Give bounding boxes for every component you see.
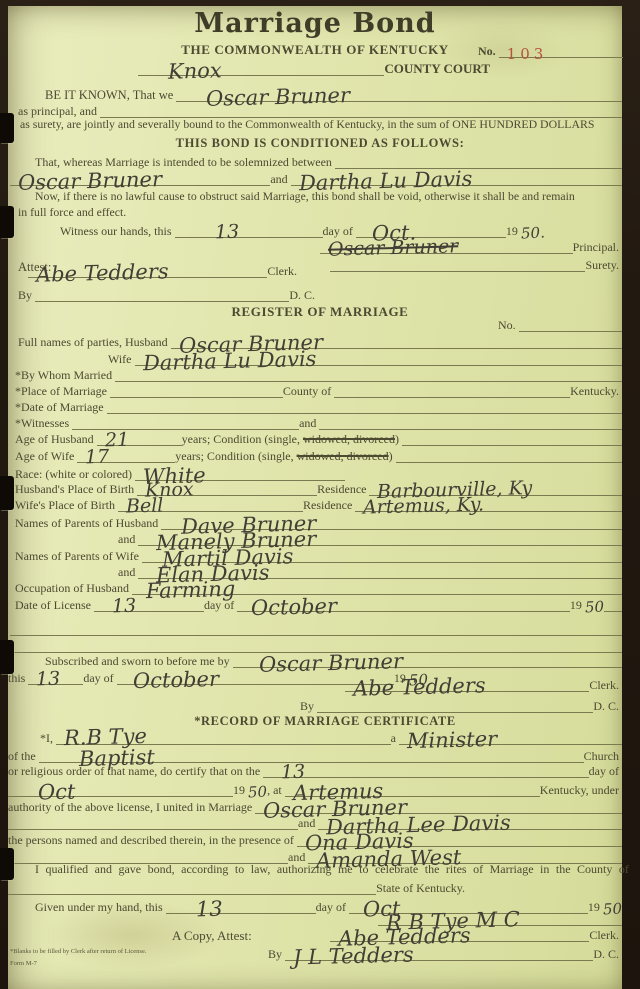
register-heading: REGISTER OF MARRIAGE — [170, 304, 470, 320]
form-line: Knox — [138, 57, 384, 76]
void-clause: Now, if there is no lawful cause to obst… — [35, 189, 575, 204]
form-number: Form M-7 — [10, 960, 37, 967]
form-line: 103 — [499, 41, 623, 58]
deputy-signature-handwritten: J L Tedders — [293, 944, 414, 968]
county-name-handwritten: Knox — [168, 60, 222, 82]
sworn-day-handwritten: 13 — [36, 670, 61, 690]
form-line: 13 — [28, 666, 83, 685]
form-line — [8, 811, 298, 830]
witness-hands-label: Witness our hands, this — [60, 225, 175, 238]
be-it-known-label: BE IT KNOWN, That we — [45, 89, 176, 103]
commonwealth-heading: THE COMMONWEALTH OF KENTUCKY — [150, 42, 480, 58]
clerk-signature-handwritten: Abe Tedders — [36, 261, 169, 285]
form-line: 13 — [175, 219, 323, 238]
document-title: Marriage Bond — [150, 8, 480, 39]
form-line: 13 — [166, 895, 316, 914]
form-line: Dartha Lu Davis — [135, 347, 622, 366]
copy-attest-label: A Copy, Attest: — [172, 928, 252, 944]
form-line: 13 — [263, 761, 588, 778]
wife-birth-label: Wife's Place of Birth — [15, 499, 118, 512]
form-line — [115, 365, 622, 382]
form-line: Oscar Bruner — [176, 83, 622, 102]
date-of-license-label: Date of License — [15, 599, 94, 612]
form-line — [8, 878, 376, 895]
form-line: 21 — [97, 429, 182, 446]
day-of-label: day of — [83, 672, 116, 685]
form-line — [319, 413, 622, 430]
by-label: By — [268, 948, 285, 961]
form-line: J L Tedders — [285, 944, 593, 961]
bond-no-label: No. — [478, 45, 499, 58]
form-line — [334, 381, 570, 398]
form-line: R.B Tye — [56, 726, 391, 745]
form-line: 17 — [77, 446, 175, 463]
void-clause-2: in full force and effect. — [18, 205, 126, 220]
form-line — [110, 381, 283, 398]
condition-struck-text: widowed, divorced — [303, 433, 395, 446]
sworn-month-handwritten: October — [132, 669, 218, 692]
form-line — [604, 593, 622, 612]
binding-tab — [0, 848, 14, 880]
binding-tab — [0, 113, 14, 143]
form-line — [396, 446, 622, 463]
form-line — [330, 255, 585, 272]
form-line — [402, 429, 622, 446]
by-whom-married-label: *By Whom Married — [15, 369, 115, 382]
and-label: and — [299, 417, 319, 430]
surety-label: Surety. — [585, 259, 622, 272]
age-wife-label: Age of Wife — [15, 450, 77, 463]
condition-close: ) — [389, 450, 396, 463]
form-line: Oscar Bruner — [10, 167, 270, 186]
day-of-label: day of — [589, 765, 622, 778]
county-court-label: COUNTY COURT — [384, 62, 493, 76]
by-label: By — [300, 700, 317, 713]
form-line: Abe Tedders — [28, 261, 267, 278]
dc-label: D. C. — [593, 700, 622, 713]
form-line: 13 — [94, 593, 204, 612]
surety-clause: as surety, are jointly and severally bou… — [20, 117, 594, 132]
license-month-handwritten: October — [251, 596, 337, 619]
form-line: R B Tye M C — [378, 909, 622, 926]
bond-number-stamp: 103 — [507, 47, 548, 62]
binding-tab — [0, 640, 14, 674]
license-day-handwritten: 13 — [112, 597, 137, 617]
form-line: Abe Tedders — [345, 675, 589, 692]
age-husband-label: Age of Husband — [15, 433, 97, 446]
given-day-handwritten: 13 — [195, 899, 222, 921]
clerk-label: Clerk. — [589, 929, 622, 942]
form-line: Dartha Lu Davis — [291, 167, 622, 186]
form-line: Abe Tedders — [330, 925, 589, 942]
state-of-kentucky-label: State of Kentucky. — [376, 882, 468, 895]
and-label: and — [270, 173, 290, 186]
binding-tab — [0, 476, 14, 510]
form-line — [317, 696, 593, 713]
qualified-clause: I qualified and gave bond, according to … — [35, 862, 622, 877]
form-line: Minister — [399, 726, 622, 745]
license-year-handwritten: 50 — [585, 600, 605, 616]
principal-label: Principal. — [573, 241, 622, 254]
condition-label: years; Condition (single, — [182, 433, 303, 446]
given-under-hand-label: Given under my hand, this — [35, 901, 166, 914]
form-line — [72, 413, 299, 430]
form-line — [10, 619, 622, 636]
certify-clause: or religious order of that name, do cert… — [8, 765, 263, 778]
form-line — [35, 285, 289, 302]
clerk-label: Clerk. — [267, 265, 300, 278]
by-label: By — [18, 289, 35, 302]
binding-tab — [0, 206, 14, 238]
form-line: Artemus, Ky. — [355, 494, 622, 512]
day-of-label: day of — [204, 599, 237, 612]
dc-label: D. C. — [593, 948, 622, 961]
form-line: Oct — [8, 778, 233, 797]
witnesses-label: *Witnesses — [15, 417, 72, 430]
day-of-label: day of — [316, 901, 349, 914]
form-line: Bell — [118, 494, 303, 512]
bond-day-handwritten: 13 — [214, 223, 239, 243]
year-prefix: 19 — [570, 599, 585, 612]
dc-label: D. C. — [289, 289, 318, 302]
conditioned-heading: THIS BOND IS CONDITIONED AS FOLLOWS: — [120, 136, 520, 151]
condition-close: ) — [395, 433, 402, 446]
form-line — [100, 101, 622, 118]
clerk-label: Clerk. — [589, 679, 622, 692]
form-line: Oscar Bruner — [320, 235, 573, 254]
place-of-marriage-label: *Place of Marriage — [15, 385, 110, 398]
footnote: *Blanks to be filled by Clerk after retu… — [10, 948, 146, 955]
form-line: October — [237, 593, 570, 612]
form-line — [107, 397, 622, 414]
